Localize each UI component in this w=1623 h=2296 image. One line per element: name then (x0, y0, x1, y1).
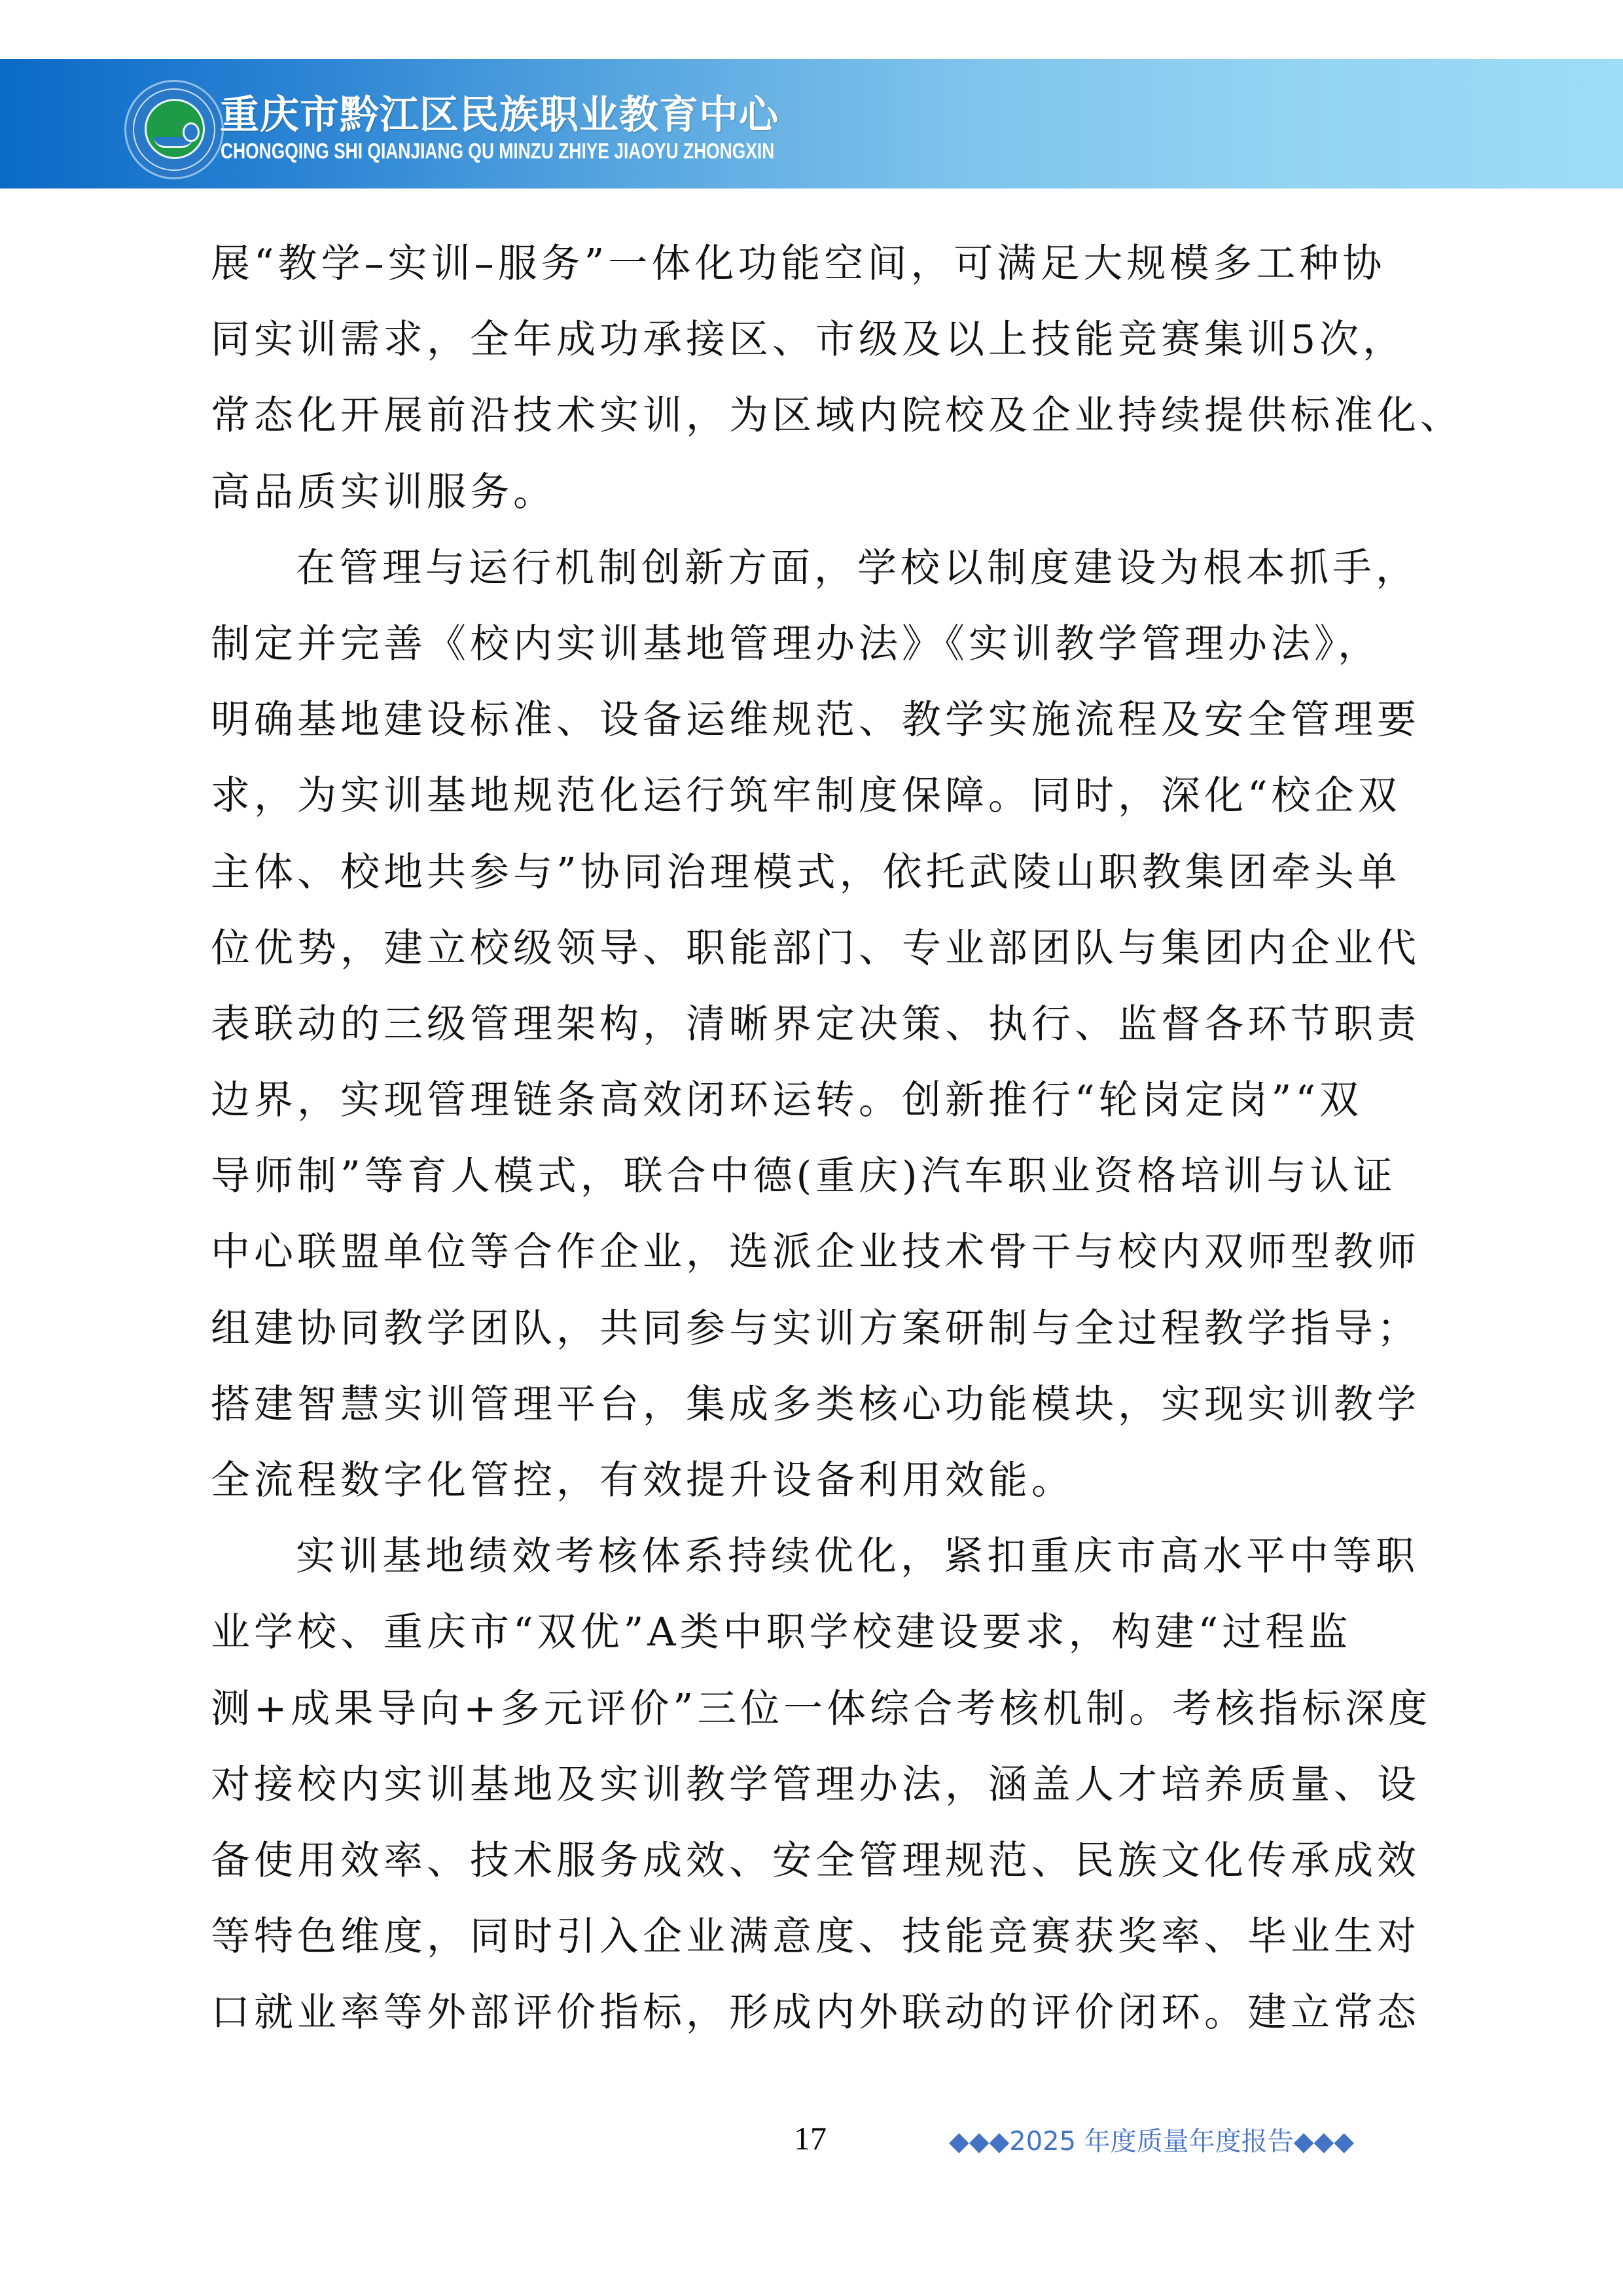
text-line: 表联动的三级管理架构，清晰界定决策、执行、监督各环节职责 (211, 986, 1454, 1062)
text-line: 全流程数字化管控，有效提升设备利用效能。 (211, 1443, 1454, 1518)
text-line: 展“教学–实训–服务”一体化功能空间，可满足大规模多工种协 (211, 226, 1454, 302)
text-line: 中心联盟单位等合作企业，选派企业技术骨干与校内双师型教师 (211, 1214, 1454, 1290)
text-line: 同实训需求，全年成功承接区、市级及以上技能竞赛集训5次， (211, 302, 1454, 378)
body-text: 展“教学–实训–服务”一体化功能空间，可满足大规模多工种协 同实训需求，全年成功… (211, 226, 1454, 2051)
text-line: 主体、校地共参与”协同治理模式，依托武陵山职教集团牵头单 (211, 834, 1454, 910)
text-line: 求，为实训基地规范化运行筑牢制度保障。同时，深化“校企双 (211, 758, 1454, 834)
text-line: 测+成果导向+多元评价”三位一体综合考核机制。考核指标深度 (211, 1671, 1454, 1747)
text-line: 业学校、重庆市“双优”A类中职学校建设要求，构建“过程监 (211, 1594, 1454, 1670)
text-line: 位优势，建立校级领导、职能部门、专业部团队与集团内企业代 (211, 910, 1454, 986)
report-title-footer: ◆◆◆2025 年度质量年度报告◆◆◆ (949, 2121, 1354, 2158)
school-name-chinese: 重庆市黔江区民族职业教育中心 (220, 84, 779, 140)
text-line: 明确基地建设标准、设备运维规范、教学实施流程及安全管理要 (211, 682, 1454, 758)
text-line: 制定并完善《校内实训基地管理办法》《实训教学管理办法》， (211, 606, 1454, 682)
emblem-dot (183, 122, 200, 142)
paragraph-start-line: 在管理与运行机制创新方面，学校以制度建设为根本抓手， (211, 530, 1454, 606)
text-line: 备使用效率、技术服务成效、安全管理规范、民族文化传承成效 (211, 1823, 1454, 1899)
text-line: 组建协同教学团队，共同参与实训方案研制与全过程教学指导； (211, 1291, 1454, 1367)
paragraph-start-line: 实训基地绩效考核体系持续优化，紧扣重庆市高水平中等职 (211, 1518, 1454, 1594)
text-line: 常态化开展前沿技术实训，为区域内院校及企业持续提供标准化、 (211, 378, 1454, 454)
text-line: 搭建智慧实训管理平台，集成多类核心功能模块，实现实训教学 (211, 1367, 1454, 1443)
text-line: 边界，实现管理链条高效闭环运转。创新推行“轮岗定岗”“双 (211, 1062, 1454, 1138)
school-name-pinyin: CHONGQING SHI QIANJIANG QU MINZU ZHIYE J… (221, 139, 774, 164)
page-number: 17 (794, 2119, 827, 2157)
text-line: 导师制”等育人模式，联合中德(重庆)汽车职业资格培训与认证 (211, 1138, 1454, 1214)
school-emblem-icon (124, 80, 224, 179)
text-line: 口就业率等外部评价指标，形成内外联动的评价闭环。建立常态 (211, 1975, 1454, 2051)
text-line: 对接校内实训基地及实训教学管理办法，涵盖人才培养质量、设 (211, 1747, 1454, 1823)
text-line: 高品质实训服务。 (211, 454, 1454, 530)
text-line: 等特色维度，同时引入企业满意度、技能竞赛获奖率、毕业生对 (211, 1899, 1454, 1975)
